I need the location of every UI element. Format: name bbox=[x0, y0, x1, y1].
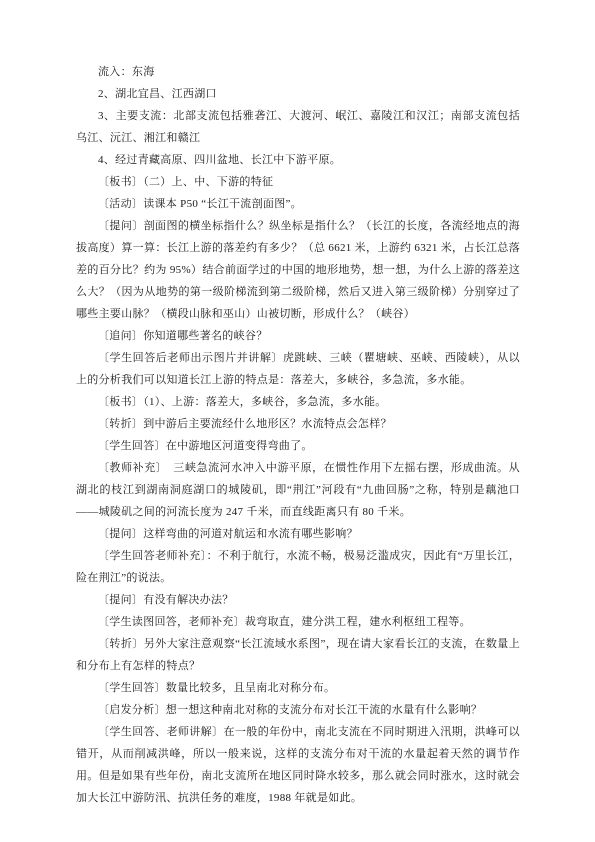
paragraph: 3、主要支流：北部支流包括雅砻江、大渡河、岷江、嘉陵江和汉江；南部支流包括乌江、… bbox=[76, 105, 520, 149]
paragraph: 流入：东海 bbox=[76, 61, 520, 83]
paragraph: 〔提问〕有没有解决办法？ bbox=[76, 589, 520, 611]
paragraph: 〔提问〕这样弯曲的河道对航运和水流有哪些影响？ bbox=[76, 523, 520, 545]
paragraph: 〔转折〕另外大家注意观察“长江流域水系图”，现在请大家看长江的支流，在数量上和分… bbox=[76, 633, 520, 677]
paragraph: 〔学生回答〕在中游地区河道变得弯曲了。 bbox=[76, 435, 520, 457]
document-text-block: 流入：东海 2、湖北宜昌、江西湖口 3、主要支流：北部支流包括雅砻江、大渡河、岷… bbox=[76, 61, 520, 809]
paragraph: 〔板书〕（二）上、中、下游的特征 bbox=[76, 171, 520, 193]
paragraph: 〔教师补充〕 三峡急流河水冲入中游平原，在惯性作用下左摇右摆，形成曲流。从湖北的… bbox=[76, 457, 520, 523]
paragraph: 〔活动〕读课本 P50 “长江干流剖面图”。 bbox=[76, 193, 520, 215]
paragraph: 〔学生回答〕数量比较多，且呈南北对称分布。 bbox=[76, 677, 520, 699]
paragraph: 〔转折〕到中游后主要流经什么地形区？水流特点会怎样？ bbox=[76, 413, 520, 435]
document-page: 流入：东海 2、湖北宜昌、江西湖口 3、主要支流：北部支流包括雅砻江、大渡河、岷… bbox=[0, 0, 595, 842]
paragraph: 〔学生回答后老师出示图片并讲解〕虎跳峡、三峡（瞿塘峡、巫峡、西陵峡），从以上的分… bbox=[76, 347, 520, 391]
paragraph: 〔学生回答、老师讲解〕在一般的年份中，南北支流在不同时期进入汛期，洪峰可以错开，… bbox=[76, 721, 520, 809]
paragraph: 〔学生回答老师补充〕：不利于航行，水流不畅，极易泛滥成灾，因此有“万里长江，险在… bbox=[76, 545, 520, 589]
paragraph: 〔学生读图回答，老师补充〕裁弯取直，建分洪工程，建水利枢纽工程等。 bbox=[76, 611, 520, 633]
paragraph: 〔启发分析〕想一想这种南北对称的支流分布对长江干流的水量有什么影响？ bbox=[76, 699, 520, 721]
paragraph: 〔板书〕（1）、上游：落差大，多峡谷，多急流，多水能。 bbox=[76, 391, 520, 413]
paragraph: 〔追问〕你知道哪些著名的峡谷？ bbox=[76, 325, 520, 347]
paragraph: 〔提问〕剖面图的横坐标指什么？纵坐标是指什么？（长江的长度，各流经地点的海拔高度… bbox=[76, 215, 520, 325]
paragraph: 4、经过青藏高原、四川盆地、长江中下游平原。 bbox=[76, 149, 520, 171]
paragraph: 2、湖北宜昌、江西湖口 bbox=[76, 83, 520, 105]
